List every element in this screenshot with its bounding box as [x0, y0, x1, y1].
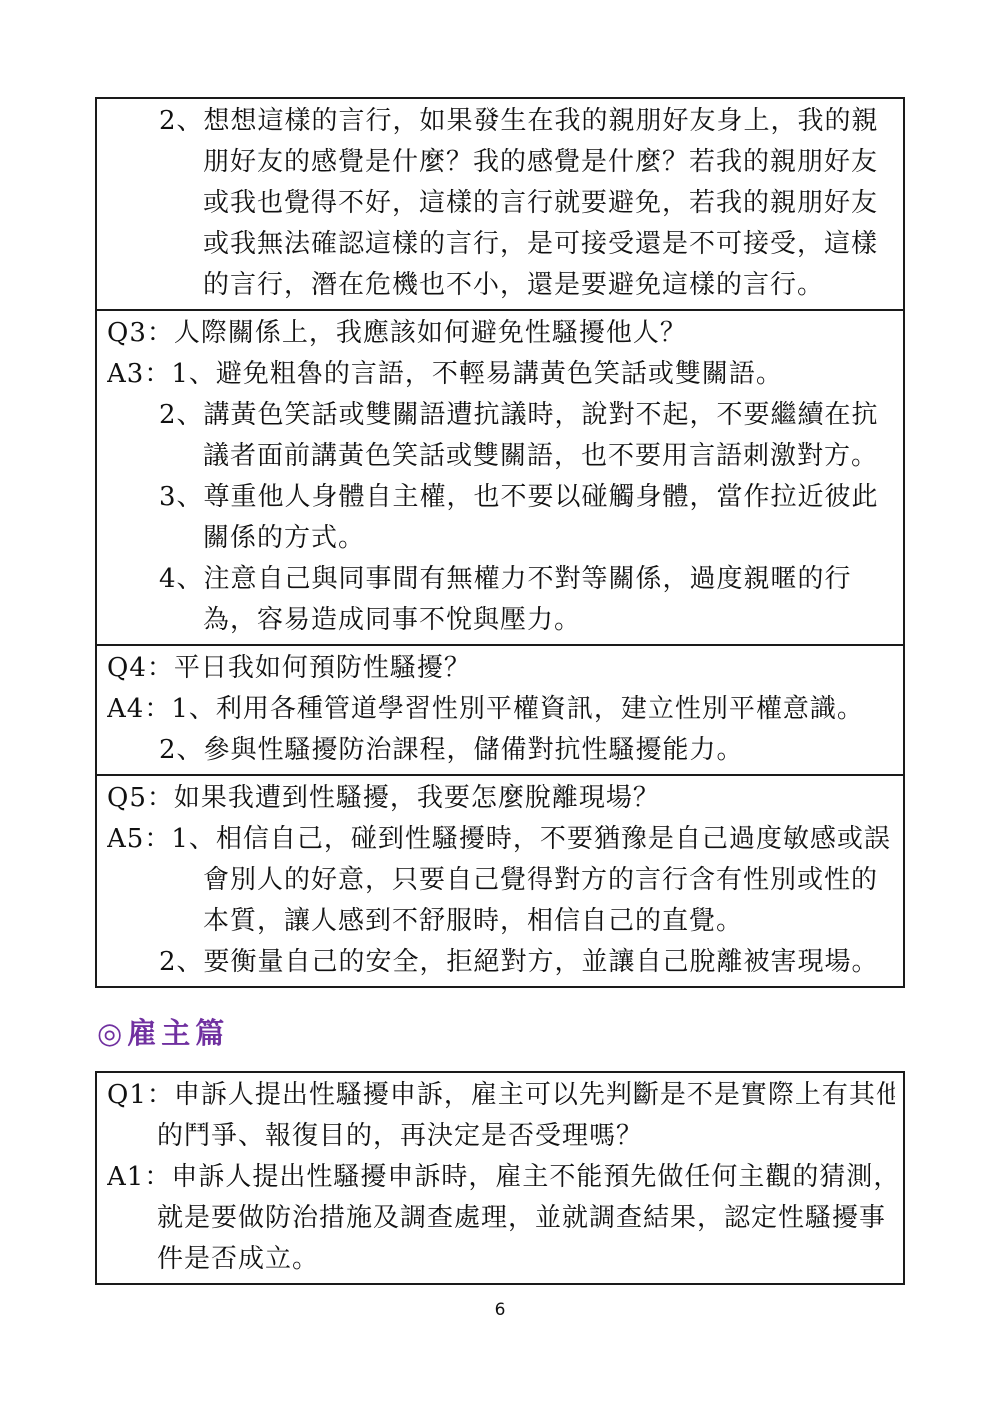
- text-line: 議者面前講黃色笑話或雙關語，也不要用言語刺激對方。: [107, 436, 895, 477]
- text-line: A3：1、避免粗魯的言語，不輕易講黃色笑話或雙關語。: [107, 354, 895, 395]
- text-line: 或我也覺得不好，這樣的言行就要避免，若我的親朋好友: [107, 183, 895, 224]
- text-line: 會別人的好意，只要自己覺得對方的言行含有性別或性的: [107, 860, 895, 901]
- text-line: 4、注意自己與同事間有無權力不對等關係，過度親暱的行: [107, 559, 895, 600]
- text-line: 為，容易造成同事不悅與壓力。: [107, 600, 895, 641]
- text-line: Q1：申訴人提出性騷擾申訴，雇主可以先判斷是不是實際上有其他: [107, 1075, 895, 1116]
- qa-row: Q5：如果我遭到性騷擾，我要怎麼脫離現場？A5：1、相信自己，碰到性騷擾時，不要…: [97, 776, 903, 986]
- text-line: 的鬥爭、報復目的，再決定是否受理嗎？: [107, 1116, 895, 1157]
- qa-table-prevention: 2、想想這樣的言行，如果發生在我的親朋好友身上，我的親朋好友的感覺是什麼？我的感…: [95, 97, 905, 988]
- qa-row: Q4：平日我如何預防性騷擾？A4：1、利用各種管道學習性別平權資訊，建立性別平權…: [97, 646, 903, 776]
- text-line: Q4：平日我如何預防性騷擾？: [107, 648, 895, 689]
- text-line: A5：1、相信自己，碰到性騷擾時，不要猶豫是自己過度敏感或誤: [107, 819, 895, 860]
- section-heading-employer: ◎雇主篇: [97, 1015, 905, 1051]
- text-line: 或我無法確認這樣的言行，是可接受還是不可接受，這樣: [107, 224, 895, 265]
- text-line: A4：1、利用各種管道學習性別平權資訊，建立性別平權意識。: [107, 689, 895, 730]
- qa-row: 2、想想這樣的言行，如果發生在我的親朋好友身上，我的親朋好友的感覺是什麼？我的感…: [97, 99, 903, 311]
- qa-row: Q1：申訴人提出性騷擾申訴，雇主可以先判斷是不是實際上有其他的鬥爭、報復目的，再…: [97, 1073, 903, 1283]
- document-page: 2、想想這樣的言行，如果發生在我的親朋好友身上，我的親朋好友的感覺是什麼？我的感…: [0, 0, 997, 1321]
- text-line: 件是否成立。: [107, 1239, 895, 1280]
- text-line: Q3：人際關係上，我應該如何避免性騷擾他人？: [107, 313, 895, 354]
- text-line: 的言行，潛在危機也不小，還是要避免這樣的言行。: [107, 265, 895, 306]
- text-line: Q5：如果我遭到性騷擾，我要怎麼脫離現場？: [107, 778, 895, 819]
- text-line: A1：申訴人提出性騷擾申訴時，雇主不能預先做任何主觀的猜測，: [107, 1157, 895, 1198]
- text-line: 2、要衡量自己的安全，拒絕對方，並讓自己脫離被害現場。: [107, 942, 895, 983]
- text-line: 2、參與性騷擾防治課程，儲備對抗性騷擾能力。: [107, 730, 895, 771]
- text-line: 關係的方式。: [107, 518, 895, 559]
- text-line: 就是要做防治措施及調查處理，並就調查結果，認定性騷擾事: [107, 1198, 895, 1239]
- text-line: 本質，讓人感到不舒服時，相信自己的直覺。: [107, 901, 895, 942]
- text-line: 2、想想這樣的言行，如果發生在我的親朋好友身上，我的親: [107, 101, 895, 142]
- page-number: 6: [95, 1299, 905, 1321]
- qa-row: Q3：人際關係上，我應該如何避免性騷擾他人？A3：1、避免粗魯的言語，不輕易講黃…: [97, 311, 903, 646]
- qa-table-employer: Q1：申訴人提出性騷擾申訴，雇主可以先判斷是不是實際上有其他的鬥爭、報復目的，再…: [95, 1071, 905, 1285]
- text-line: 3、尊重他人身體自主權，也不要以碰觸身體，當作拉近彼此: [107, 477, 895, 518]
- text-line: 2、講黃色笑話或雙關語遭抗議時，說對不起，不要繼續在抗: [107, 395, 895, 436]
- text-line: 朋好友的感覺是什麼？我的感覺是什麼？若我的親朋好友: [107, 142, 895, 183]
